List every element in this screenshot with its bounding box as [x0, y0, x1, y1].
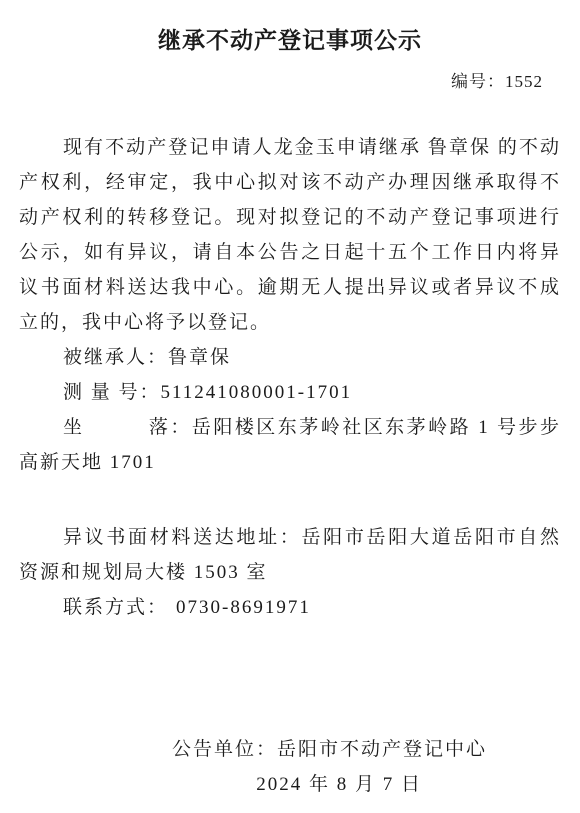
issuer-name: 岳阳市不动产登记中心	[277, 739, 487, 760]
contact-label: 联系方式：	[63, 597, 168, 618]
intro-paragraph: 现有不动产登记申请人龙金玉申请继承 鲁章保 的不动产权利，经审定，我中心拟对该不…	[19, 130, 561, 340]
page-title: 继承不动产登记事项公示	[19, 0, 561, 55]
decedent-label: 被继承人：	[63, 347, 168, 368]
issue-date: 2024 年 8 月 7 日	[19, 767, 561, 802]
doc-number-value: 1552	[505, 72, 543, 91]
field-decedent: 被继承人：鲁章保	[19, 340, 561, 375]
doc-number-label: 编号：	[451, 72, 505, 91]
survey-number-value: 511241080001-1701	[161, 382, 353, 403]
issuer-line: 公告单位：岳阳市不动产登记中心	[19, 732, 561, 767]
notice-footer: 公告单位：岳阳市不动产登记中心 2024 年 8 月 7 日	[19, 732, 561, 802]
contact-line: 联系方式：0730-8691971	[19, 590, 561, 625]
location-label: 坐 落：	[63, 417, 192, 438]
field-survey-number: 测 量 号：511241080001-1701	[19, 375, 561, 410]
objection-address-line: 异议书面材料送达地址：岳阳市岳阳大道岳阳市自然资源和规划局大楼 1503 室	[19, 520, 561, 590]
notice-body: 现有不动产登记申请人龙金玉申请继承 鲁章保 的不动产权利，经审定，我中心拟对该不…	[19, 130, 561, 625]
notice-document: 继承不动产登记事项公示 编号：1552 现有不动产登记申请人龙金玉申请继承 鲁章…	[0, 0, 580, 813]
decedent-value: 鲁章保	[168, 347, 231, 368]
field-location: 坐 落：岳阳楼区东茅岭社区东茅岭路 1 号步步高新天地 1701	[19, 410, 561, 480]
issuer-label: 公告单位：	[172, 739, 277, 760]
doc-number: 编号：1552	[19, 71, 561, 93]
contact-value: 0730-8691971	[176, 597, 311, 618]
survey-number-label: 测 量 号：	[63, 382, 161, 403]
objection-address-label: 异议书面材料送达地址：	[63, 527, 302, 548]
